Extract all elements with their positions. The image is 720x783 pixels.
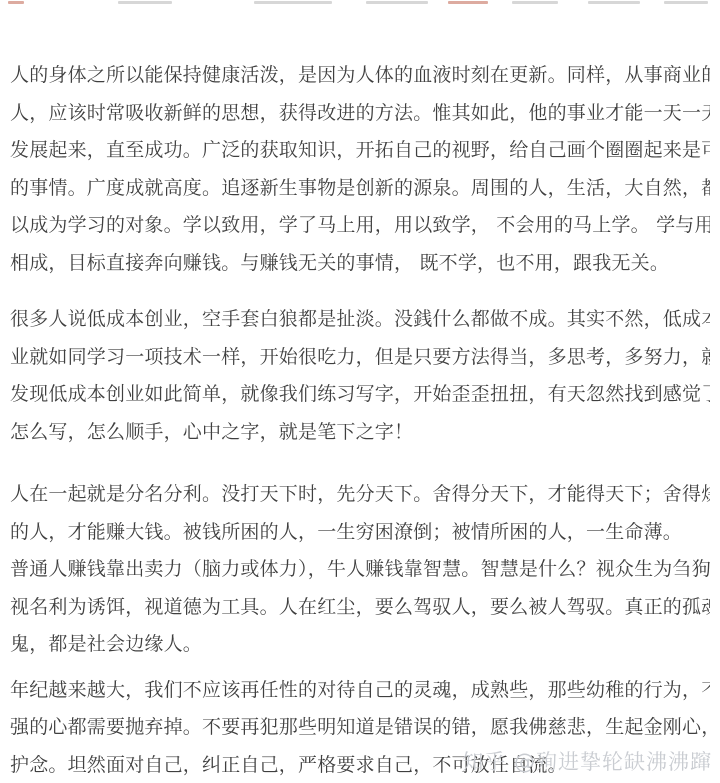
paragraph-1: 人的身体之所以能保持健康活泼，是因为人体的血液时刻在更新。同样，从事商业的 人，… — [10, 57, 710, 282]
text-line: 人的身体之所以能保持健康活泼，是因为人体的血液时刻在更新。同样，从事商业的 — [10, 57, 710, 95]
article-body: 人的身体之所以能保持健康活泼，是因为人体的血液时刻在更新。同样，从事商业的 人，… — [0, 0, 720, 783]
text-line: 的事情。广度成就高度。追逐新生事物是创新的源泉。周围的人，生活，大自然，都可 — [10, 170, 710, 208]
text-line: 人在一起就是分名分利。没打天下时，先分天下。舍得分天下，才能得天下；舍得烧钱 — [10, 476, 710, 514]
text-line: 视名利为诱饵，视道德为工具。人在红尘，要么驾驭人，要么被人驾驭。真正的孤魂野 — [10, 589, 710, 627]
text-line: 人，应该时常吸收新鲜的思想，获得改进的方法。惟其如此，他的事业才能一天一天地 — [10, 95, 710, 133]
text-line: 强的心都需要抛弃掉。不要再犯那些明知道是错误的错，愿我佛慈悲，生起金刚心，善 — [10, 709, 710, 747]
text-line: 普通人赚钱靠出卖力（脑力或体力），牛人赚钱靠智慧。智慧是什么？视众生为刍狗， — [10, 551, 710, 589]
text-line: 发现低成本创业如此简单，就像我们练习写字，开始歪歪扭扭，有天忽然找到感觉了， — [10, 376, 710, 414]
article-page: 人的身体之所以能保持健康活泼，是因为人体的血液时刻在更新。同样，从事商业的 人，… — [0, 0, 720, 783]
text-line: 怎么写，怎么顺手，心中之字，就是笔下之字！ — [10, 414, 710, 452]
paragraph-3: 人在一起就是分名分利。没打天下时，先分天下。舍得分天下，才能得天下；舍得烧钱 的… — [10, 476, 710, 664]
text-line: 很多人说低成本创业，空手套白狼都是扯淡。没銭什么都做不成。其实不然，低成本创 — [10, 301, 710, 339]
text-line: 鬼，都是社会边缘人。 — [10, 626, 710, 664]
text-line: 发展起来，直至成功。广泛的获取知识，开拓自己的视野，给自己画个圈圈起来是可怕 — [10, 132, 710, 170]
text-line: 年纪越来越大，我们不应该再任性的对待自己的灵魂，成熟些，那些幼稚的行为，不坚 — [10, 672, 710, 710]
zhihu-watermark-handle: @殉进挚轮缺沸沸蹿 — [514, 750, 712, 774]
text-line: 相成，目标直接奔向赚钱。与赚钱无关的事情， 既不学，也不用，跟我无关。 — [10, 245, 710, 283]
zhihu-watermark: 知乎 @殉进挚轮缺沸沸蹿 — [462, 749, 712, 775]
paragraph-2: 很多人说低成本创业，空手套白狼都是扯淡。没銭什么都做不成。其实不然，低成本创 业… — [10, 301, 710, 451]
text-line: 的人，才能赚大钱。被钱所困的人，一生穷困潦倒；被情所困的人，一生命薄。 — [10, 514, 710, 552]
text-line: 业就如同学习一项技术一样，开始很吃力，但是只要方法得当，多思考，多努力，就会 — [10, 339, 710, 377]
text-line: 以成为学习的对象。学以致用，学了马上用，用以致学， 不会用的马上学。 学与用相辅 — [10, 207, 710, 245]
zhihu-watermark-brand: 知乎 — [462, 750, 506, 774]
